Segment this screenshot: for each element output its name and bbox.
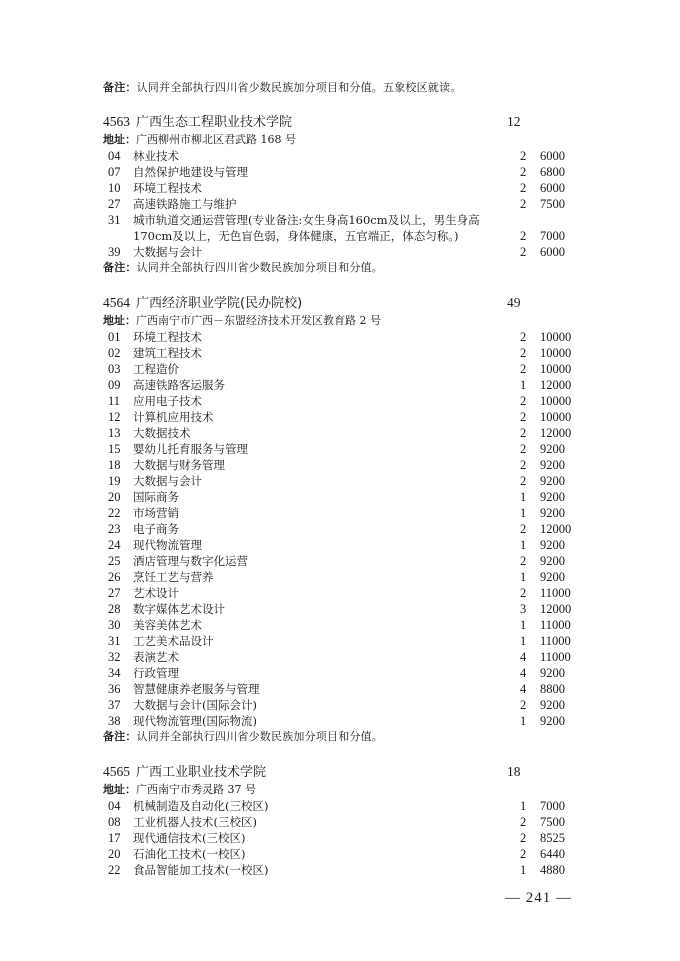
major-row: 04林业技术26000 [103, 148, 583, 164]
school-name: 广西工业职业技术学院 [136, 765, 266, 780]
school-address: 地址：广西南宁市秀灵路 37 号 [103, 782, 583, 798]
major-code: 24 [108, 537, 128, 553]
major-name: 环境工程技术 [133, 180, 202, 196]
major-count: 2 [520, 228, 526, 244]
major-code: 04 [108, 798, 128, 814]
major-row: 20国际商务19200 [103, 489, 583, 505]
major-fee: 9200 [540, 569, 565, 585]
major-code: 17 [108, 830, 128, 846]
address-label: 地址： [103, 133, 136, 146]
major-fee: 6000 [540, 148, 565, 164]
major-count: 4 [520, 649, 526, 665]
major-fee: 7500 [540, 814, 565, 830]
major-code: 04 [108, 148, 128, 164]
major-fee: 7000 [540, 228, 565, 244]
major-code: 03 [108, 361, 128, 377]
note-label: 备注： [103, 261, 137, 274]
major-name: 国际商务 [133, 489, 179, 505]
major-code: 20 [108, 846, 128, 862]
major-name: 艺术设计 [133, 585, 179, 601]
major-row: 38现代物流管理(国际物流)19200 [103, 713, 583, 729]
major-fee: 11000 [540, 585, 571, 601]
major-row: 08工业机器人技术(三校区)27500 [103, 814, 583, 830]
major-count: 1 [520, 633, 526, 649]
major-fee: 11000 [540, 649, 571, 665]
major-fee: 10000 [540, 393, 571, 409]
major-count: 2 [520, 585, 526, 601]
major-name: 林业技术 [133, 148, 179, 164]
major-code: 07 [108, 164, 128, 180]
major-code: 01 [108, 329, 128, 345]
major-count: 1 [520, 489, 526, 505]
major-code: 26 [108, 569, 128, 585]
major-fee: 6800 [540, 164, 565, 180]
note-text: 认同并全部执行四川省少数民族加分项目和分值。 [137, 261, 383, 274]
major-name: 城市轨道交通运营管理(专业备注:女生身高160cm及以上，男生身高 [133, 212, 480, 228]
major-count: 1 [520, 537, 526, 553]
school-block-4565: 4565广西工业职业技术学院 18 地址：广西南宁市秀灵路 37 号 04机械制… [103, 762, 583, 878]
major-fee: 9200 [540, 553, 565, 569]
address-label: 地址： [103, 783, 136, 796]
major-count: 2 [520, 361, 526, 377]
major-name: 自然保护地建设与管理 [133, 164, 248, 180]
major-row: 10环境工程技术26000 [103, 180, 583, 196]
major-fee: 9200 [540, 473, 565, 489]
major-fee: 6000 [540, 244, 565, 260]
major-count: 1 [520, 505, 526, 521]
major-code: 22 [108, 505, 128, 521]
major-name: 表演艺术 [133, 649, 179, 665]
major-count: 2 [520, 830, 526, 846]
major-count: 2 [520, 473, 526, 489]
major-count: 2 [520, 329, 526, 345]
major-fee: 9200 [540, 537, 565, 553]
major-row: 19大数据与会计29200 [103, 473, 583, 489]
major-fee: 9200 [540, 697, 565, 713]
major-row: 28数字媒体艺术设计312000 [103, 601, 583, 617]
major-code: 25 [108, 553, 128, 569]
major-row: 09高速铁路客运服务112000 [103, 377, 583, 393]
major-count: 2 [520, 180, 526, 196]
school-header: 4564广西经济职业学院(民办院校) 49 [103, 293, 583, 313]
major-fee: 10000 [540, 361, 571, 377]
top-note: 备注：认同并全部执行四川省少数民族加分项目和分值。五象校区就读。 [103, 80, 583, 96]
major-name-continued: 170cm及以上，无色盲色弱，身体健康，五官端正，体态匀称。) [133, 228, 459, 244]
major-name: 市场营销 [133, 505, 179, 521]
major-code: 10 [108, 180, 128, 196]
major-row-continuation: 170cm及以上，无色盲色弱，身体健康，五官端正，体态匀称。)27000 [103, 228, 583, 244]
school-block-4563: 4563广西生态工程职业技术学院 12 地址：广西柳州市柳北区君武路 168 号… [103, 112, 583, 276]
major-count: 2 [520, 457, 526, 473]
address-label: 地址： [103, 314, 136, 327]
major-code: 36 [108, 681, 128, 697]
major-name: 石油化工技术(一校区) [133, 846, 245, 862]
major-fee: 12000 [540, 425, 571, 441]
major-fee: 12000 [540, 521, 571, 537]
major-count: 2 [520, 345, 526, 361]
major-name: 智慧健康养老服务与管理 [133, 681, 260, 697]
major-row: 18大数据与财务管理29200 [103, 457, 583, 473]
major-name: 行政管理 [133, 665, 179, 681]
major-code: 11 [108, 393, 128, 409]
major-count: 3 [520, 601, 526, 617]
major-fee: 9200 [540, 441, 565, 457]
school-name: 广西经济职业学院(民办院校) [136, 296, 302, 311]
major-row: 27高速铁路施工与维护27500 [103, 196, 583, 212]
major-fee: 9200 [540, 665, 565, 681]
major-fee: 10000 [540, 329, 571, 345]
major-code: 09 [108, 377, 128, 393]
major-row: 24现代物流管理19200 [103, 537, 583, 553]
major-code: 39 [108, 244, 128, 260]
school-code: 4563 [103, 114, 130, 129]
major-row: 20石油化工技术(一校区)26440 [103, 846, 583, 862]
major-row: 32表演艺术411000 [103, 649, 583, 665]
major-code: 22 [108, 862, 128, 878]
major-code: 27 [108, 585, 128, 601]
major-fee: 10000 [540, 409, 571, 425]
major-count: 1 [520, 377, 526, 393]
major-name: 食品智能加工技术(一校区) [133, 862, 268, 878]
major-row: 11应用电子技术210000 [103, 393, 583, 409]
school-address: 地址：广西柳州市柳北区君武路 168 号 [103, 132, 583, 148]
major-row: 01环境工程技术210000 [103, 329, 583, 345]
major-row: 22市场营销19200 [103, 505, 583, 521]
major-row: 37大数据与会计(国际会计)29200 [103, 697, 583, 713]
note-text: 认同并全部执行四川省少数民族加分项目和分值。五象校区就读。 [137, 81, 462, 94]
major-row: 13大数据技术212000 [103, 425, 583, 441]
major-count: 1 [520, 798, 526, 814]
note-label: 备注： [103, 81, 137, 94]
school-total: 18 [507, 762, 521, 782]
major-row: 39大数据与会计26000 [103, 244, 583, 260]
major-code: 13 [108, 425, 128, 441]
major-row: 25酒店管理与数字化运营29200 [103, 553, 583, 569]
major-name: 大数据技术 [133, 425, 191, 441]
major-fee: 10000 [540, 345, 571, 361]
major-code: 34 [108, 665, 128, 681]
major-code: 37 [108, 697, 128, 713]
major-row: 03工程造价210000 [103, 361, 583, 377]
major-fee: 7500 [540, 196, 565, 212]
major-name: 大数据与会计(国际会计) [133, 697, 257, 713]
major-row: 36智慧健康养老服务与管理48800 [103, 681, 583, 697]
major-count: 4 [520, 665, 526, 681]
major-count: 2 [520, 393, 526, 409]
major-name: 高速铁路客运服务 [133, 377, 225, 393]
address-text: 广西南宁市广西－东盟经济技术开发区教育路 2 号 [136, 314, 381, 327]
major-count: 2 [520, 814, 526, 830]
major-fee: 12000 [540, 601, 571, 617]
note-label: 备注： [103, 730, 137, 743]
school-total: 49 [507, 293, 521, 313]
major-count: 1 [520, 617, 526, 633]
major-fee: 8525 [540, 830, 565, 846]
major-count: 2 [520, 196, 526, 212]
major-fee: 6440 [540, 846, 565, 862]
major-fee: 11000 [540, 633, 571, 649]
major-count: 2 [520, 425, 526, 441]
major-row: 31城市轨道交通运营管理(专业备注:女生身高160cm及以上，男生身高 [103, 212, 583, 228]
major-row: 15婴幼儿托育服务与管理29200 [103, 441, 583, 457]
major-fee: 11000 [540, 617, 571, 633]
major-count: 2 [520, 164, 526, 180]
major-code: 27 [108, 196, 128, 212]
major-row: 07自然保护地建设与管理26800 [103, 164, 583, 180]
school-block-4564: 4564广西经济职业学院(民办院校) 49 地址：广西南宁市广西－东盟经济技术开… [103, 293, 583, 745]
major-count: 2 [520, 441, 526, 457]
page-number: — 241 — [505, 890, 572, 907]
address-text: 广西南宁市秀灵路 37 号 [136, 783, 256, 796]
major-code: 28 [108, 601, 128, 617]
school-header: 4563广西生态工程职业技术学院 12 [103, 112, 583, 132]
major-name: 大数据与财务管理 [133, 457, 225, 473]
major-name: 环境工程技术 [133, 329, 202, 345]
major-count: 2 [520, 244, 526, 260]
major-row: 04机械制造及自动化(三校区)17000 [103, 798, 583, 814]
major-code: 32 [108, 649, 128, 665]
major-count: 2 [520, 846, 526, 862]
school-total: 12 [507, 112, 521, 132]
school-header: 4565广西工业职业技术学院 18 [103, 762, 583, 782]
major-row: 27艺术设计211000 [103, 585, 583, 601]
major-count: 2 [520, 553, 526, 569]
major-fee: 7000 [540, 798, 565, 814]
school-code: 4565 [103, 764, 130, 779]
major-row: 17现代通信技术(三校区)28525 [103, 830, 583, 846]
major-code: 38 [108, 713, 128, 729]
school-note: 备注：认同并全部执行四川省少数民族加分项目和分值。 [103, 729, 583, 745]
major-name: 计算机应用技术 [133, 409, 214, 425]
major-count: 1 [520, 713, 526, 729]
major-code: 20 [108, 489, 128, 505]
major-row: 12计算机应用技术210000 [103, 409, 583, 425]
major-count: 2 [520, 521, 526, 537]
major-code: 31 [108, 212, 128, 228]
major-name: 工业机器人技术(三校区) [133, 814, 257, 830]
major-row: 23电子商务212000 [103, 521, 583, 537]
major-name: 电子商务 [133, 521, 179, 537]
major-code: 12 [108, 409, 128, 425]
major-name: 大数据与会计 [133, 473, 202, 489]
major-count: 4 [520, 681, 526, 697]
major-code: 31 [108, 633, 128, 649]
major-name: 现代物流管理 [133, 537, 202, 553]
major-row: 31工艺美术品设计111000 [103, 633, 583, 649]
major-code: 23 [108, 521, 128, 537]
major-name: 酒店管理与数字化运营 [133, 553, 248, 569]
major-name: 婴幼儿托育服务与管理 [133, 441, 248, 457]
major-name: 烹饪工艺与营养 [133, 569, 214, 585]
major-count: 2 [520, 697, 526, 713]
major-name: 美容美体艺术 [133, 617, 202, 633]
major-fee: 9200 [540, 505, 565, 521]
school-code: 4564 [103, 295, 130, 310]
major-name: 现代物流管理(国际物流) [133, 713, 257, 729]
school-address: 地址：广西南宁市广西－东盟经济技术开发区教育路 2 号 [103, 313, 583, 329]
major-code: 18 [108, 457, 128, 473]
address-text: 广西柳州市柳北区君武路 168 号 [136, 133, 296, 146]
document-page: 备注：认同并全部执行四川省少数民族加分项目和分值。五象校区就读。 4563广西生… [103, 80, 583, 878]
major-count: 1 [520, 569, 526, 585]
major-name: 建筑工程技术 [133, 345, 202, 361]
major-name: 工程造价 [133, 361, 179, 377]
major-row: 26烹饪工艺与营养19200 [103, 569, 583, 585]
major-count: 1 [520, 862, 526, 878]
major-row: 30美容美体艺术111000 [103, 617, 583, 633]
major-name: 高速铁路施工与维护 [133, 196, 237, 212]
major-fee: 9200 [540, 713, 565, 729]
major-fee: 4880 [540, 862, 565, 878]
school-note: 备注：认同并全部执行四川省少数民族加分项目和分值。 [103, 260, 583, 276]
major-code: 15 [108, 441, 128, 457]
major-code: 19 [108, 473, 128, 489]
major-count: 2 [520, 148, 526, 164]
major-row: 02建筑工程技术210000 [103, 345, 583, 361]
major-fee: 8800 [540, 681, 565, 697]
major-name: 现代通信技术(三校区) [133, 830, 245, 846]
major-code: 08 [108, 814, 128, 830]
major-code: 30 [108, 617, 128, 633]
major-code: 02 [108, 345, 128, 361]
major-fee: 12000 [540, 377, 571, 393]
major-fee: 6000 [540, 180, 565, 196]
note-text: 认同并全部执行四川省少数民族加分项目和分值。 [137, 730, 383, 743]
major-name: 工艺美术品设计 [133, 633, 214, 649]
major-name: 大数据与会计 [133, 244, 202, 260]
major-name: 数字媒体艺术设计 [133, 601, 225, 617]
major-fee: 9200 [540, 489, 565, 505]
major-name: 应用电子技术 [133, 393, 202, 409]
major-name: 机械制造及自动化(三校区) [133, 798, 268, 814]
major-count: 2 [520, 409, 526, 425]
school-name: 广西生态工程职业技术学院 [136, 115, 292, 130]
major-row: 34行政管理49200 [103, 665, 583, 681]
major-fee: 9200 [540, 457, 565, 473]
major-row: 22食品智能加工技术(一校区)14880 [103, 862, 583, 878]
